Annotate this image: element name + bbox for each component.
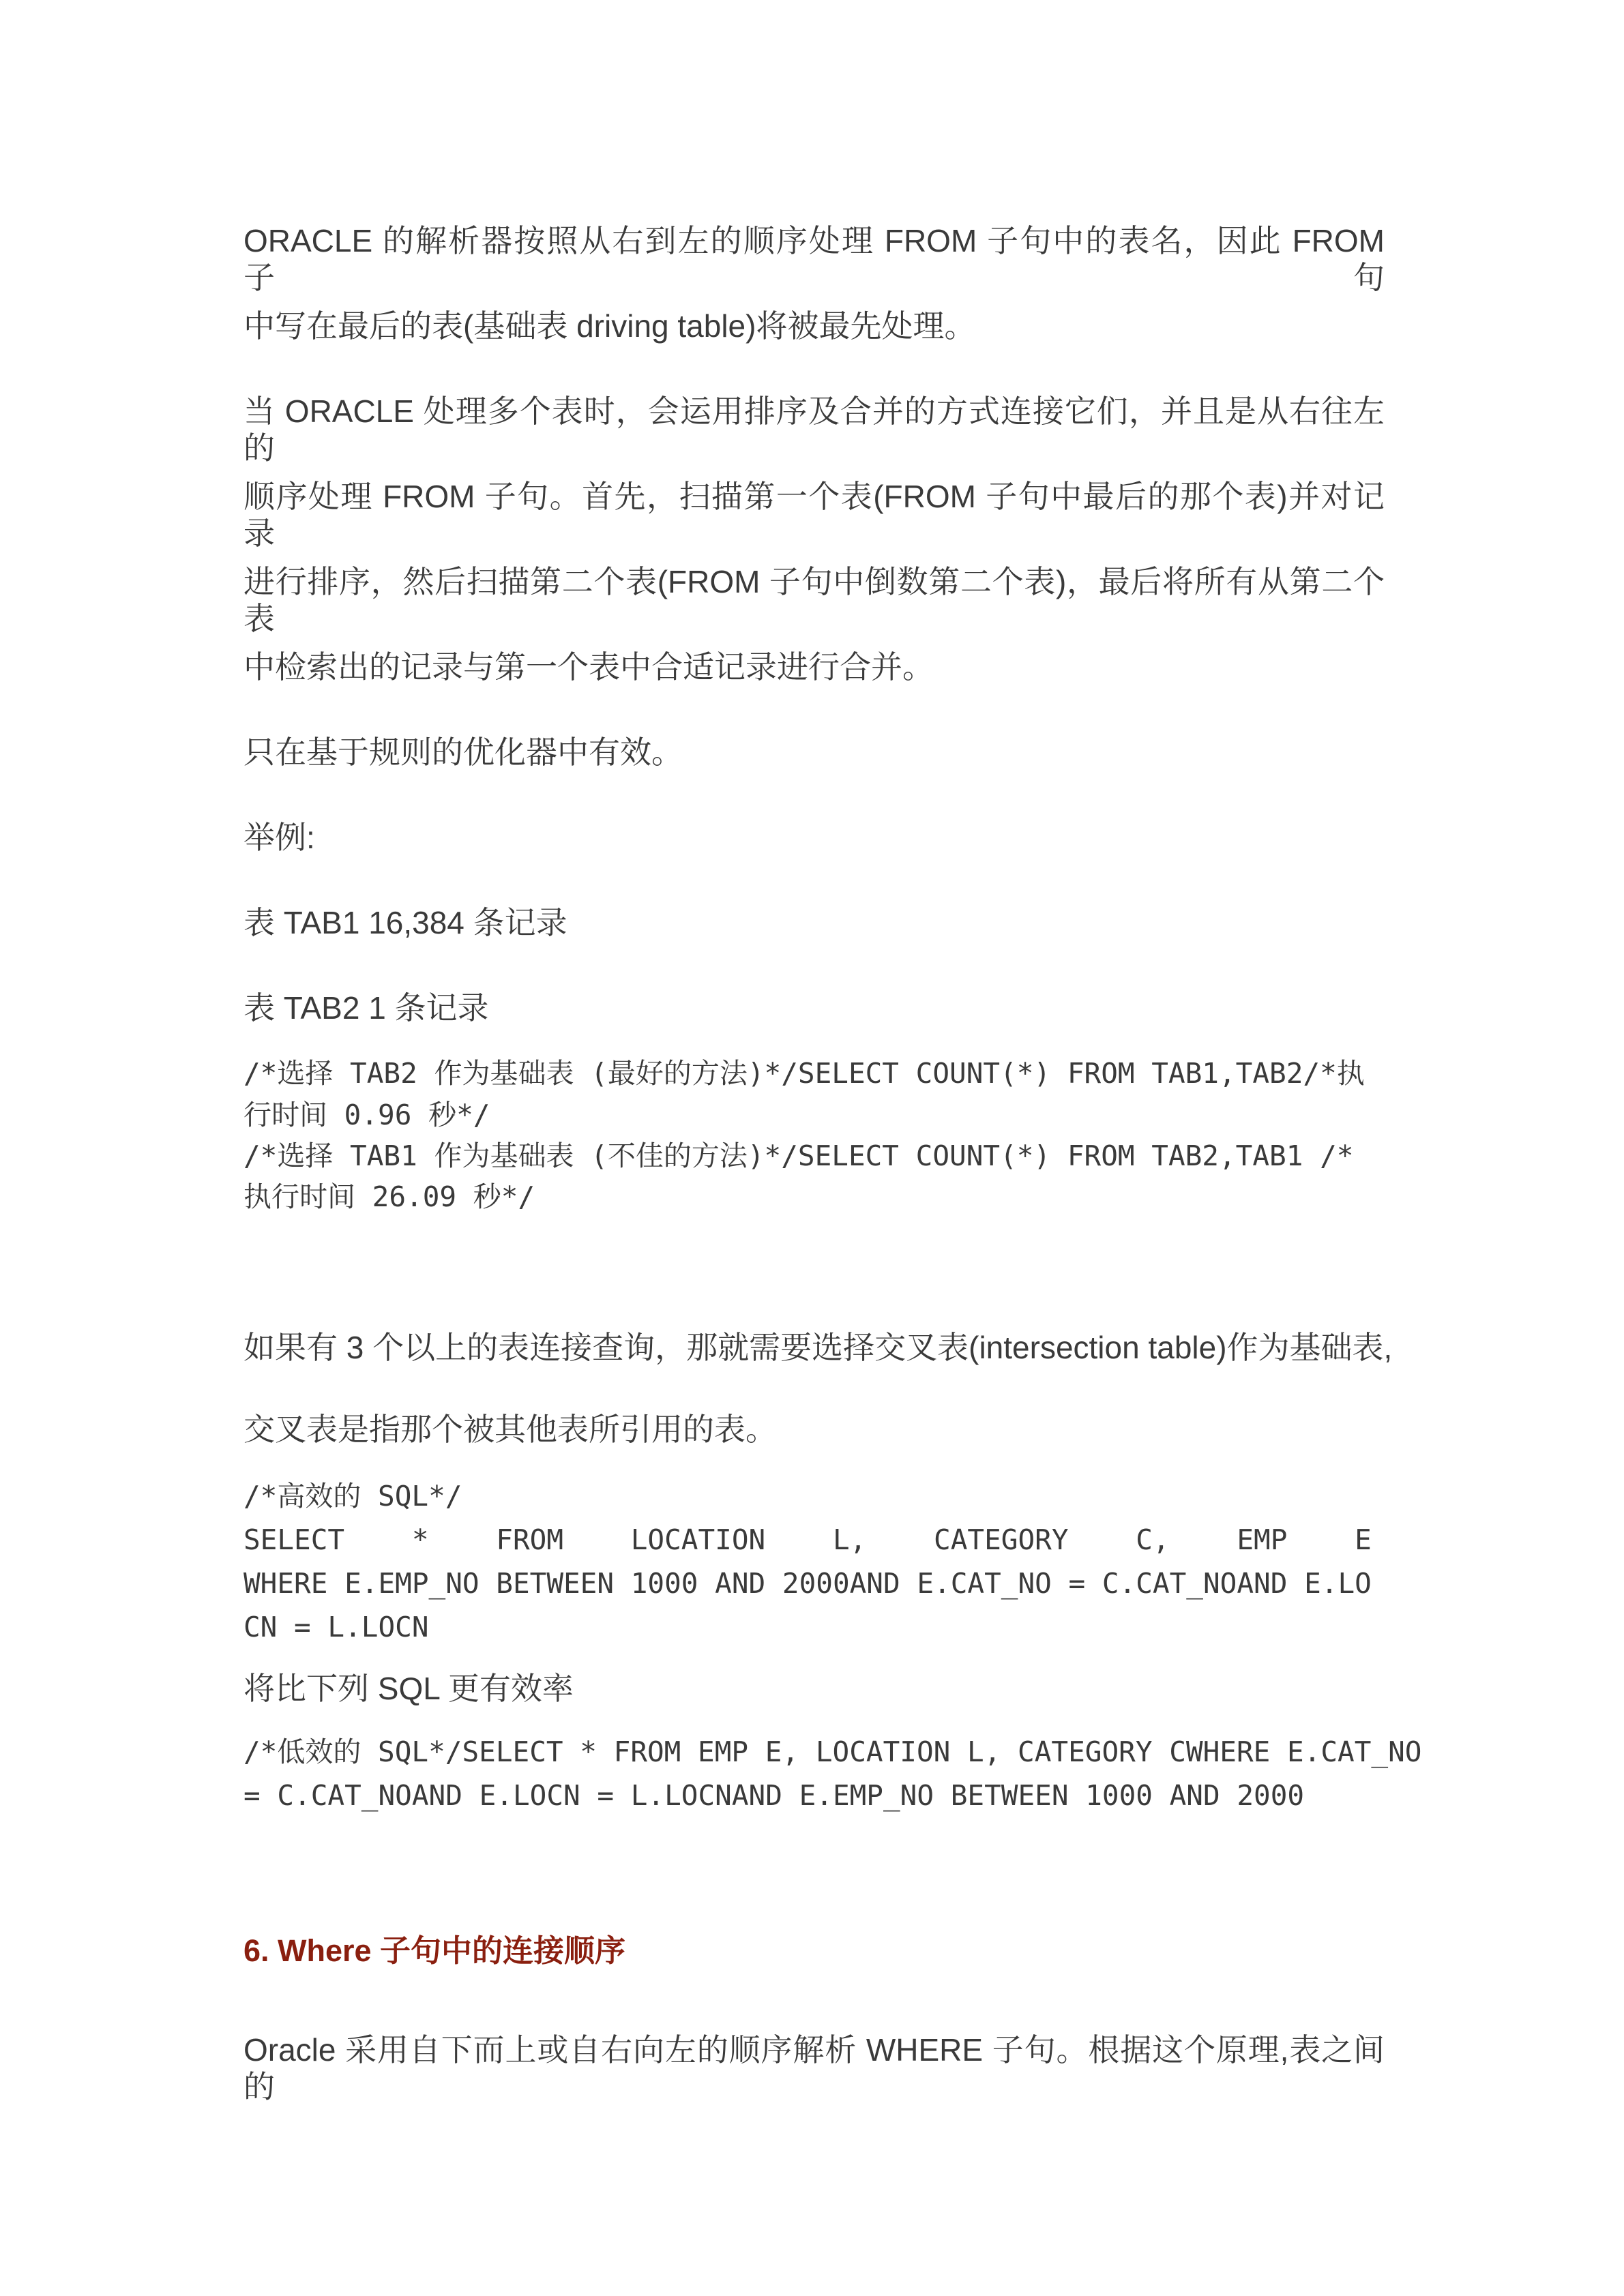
sql-code-line: /*选择 TAB2 作为基础表 (最好的方法)*/SELECT COUNT(*)… (243, 1057, 1365, 1090)
body-text-line: 顺序处理 FROM 子句。首先，扫描第一个表(FROM 子句中最后的那个表)并对… (243, 478, 1385, 552)
body-text-line: 将比下列 SQL 更有效率 (243, 1670, 1385, 1707)
sql-code-line: /*高效的 SQL*/ (243, 1480, 462, 1513)
body-text-line: ORACLE 的解析器按照从右到左的顺序处理 FROM 子句中的表名，因此 FR… (243, 222, 1385, 297)
sql-code-line: /*选择 TAB1 作为基础表 (不佳的方法)*/SELECT COUNT(*)… (243, 1139, 1353, 1173)
body-text-line: 如果有 3 个以上的表连接查询，那就需要选择交叉表(intersection t… (243, 1329, 1385, 1366)
body-text-line: 中写在最后的表(基础表 driving table)将被最先处理。 (243, 308, 1385, 344)
body-text-line: 只在基于规则的优化器中有效。 (243, 734, 1385, 771)
table-tab1-record-count: 表 TAB1 16,384 条记录 (243, 904, 1385, 941)
sql-code-line: 执行时间 26.09 秒*/ (243, 1180, 535, 1214)
body-text-line: Oracle 采用自下而上或自右向左的顺序解析 WHERE 子句。根据这个原理,… (243, 2031, 1385, 2106)
sql-code-line: 行时间 0.96 秒*/ (243, 1099, 490, 1132)
body-text-line: 当 ORACLE 处理多个表时，会运用排序及合并的方式连接它们，并且是从右往左的 (243, 393, 1385, 467)
table-tab2-record-count: 表 TAB2 1 条记录 (243, 989, 1385, 1026)
sql-code-line: SELECT * FROM LOCATION L, CATEGORY C, EM… (243, 1523, 1372, 1557)
example-label: 举例: (243, 819, 1385, 856)
body-text-line: 中检索出的记录与第一个表中合适记录进行合并。 (243, 648, 1385, 685)
body-text-line: 交叉表是指那个被其他表所引用的表。 (243, 1411, 1385, 1448)
sql-code-line: /*低效的 SQL*/SELECT * FROM EMP E, LOCATION… (243, 1735, 1421, 1769)
sql-code-line: = C.CAT_NOAND E.LOCN = L.LOCNAND E.EMP_N… (243, 1779, 1304, 1813)
sql-code-line: WHERE E.EMP_NO BETWEEN 1000 AND 2000AND … (243, 1567, 1372, 1600)
section-heading-where-clause-join-order: 6. Where 子句中的连接顺序 (243, 1926, 1385, 1970)
body-text-line: 进行排序，然后扫描第二个表(FROM 子句中倒数第二个表)，最后将所有从第二个表 (243, 563, 1385, 638)
sql-code-line: CN = L.LOCN (243, 1611, 429, 1644)
document-page: ORACLE 的解析器按照从右到左的顺序处理 FROM 子句中的表名，因此 FR… (0, 0, 1624, 2296)
